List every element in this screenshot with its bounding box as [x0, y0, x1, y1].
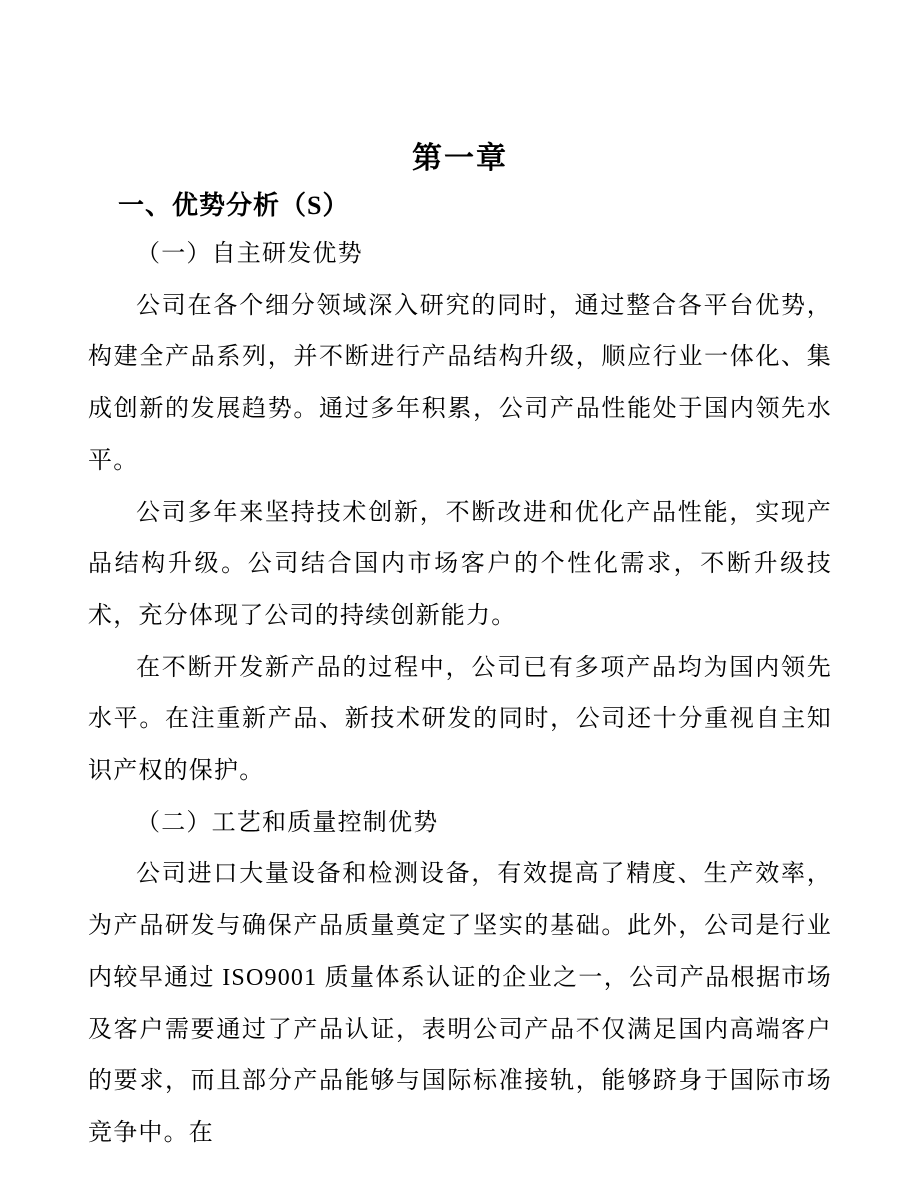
paragraph: 公司多年来坚持技术创新，不断改进和优化产品性能，实现产品结构升级。公司结合国内市…	[88, 488, 832, 643]
subsection-heading: （一）自主研发优势	[88, 229, 832, 281]
chapter-title: 第一章	[88, 135, 832, 182]
document-page: 第一章 一、优势分析（S） （一）自主研发优势 公司在各个细分领域深入研究的同时…	[0, 0, 920, 1191]
paragraph: 在不断开发新产品的过程中，公司已有多项产品均为国内领先水平。在注重新产品、新技术…	[88, 643, 832, 798]
paragraph: 公司进口大量设备和检测设备，有效提高了精度、生产效率，为产品研发与确保产品质量奠…	[88, 849, 832, 1159]
subsection-process-quality-advantage: （二）工艺和质量控制优势 公司进口大量设备和检测设备，有效提高了精度、生产效率，…	[88, 798, 832, 1160]
subsection-heading: （二）工艺和质量控制优势	[88, 798, 832, 850]
subsection-self-rd-advantage: （一）自主研发优势 公司在各个细分领域深入研究的同时，通过整合各平台优势，构建全…	[88, 229, 832, 798]
paragraph: 公司在各个细分领域深入研究的同时，通过整合各平台优势，构建全产品系列，并不断进行…	[88, 281, 832, 488]
section-heading: 一、优势分析（S）	[118, 182, 832, 229]
